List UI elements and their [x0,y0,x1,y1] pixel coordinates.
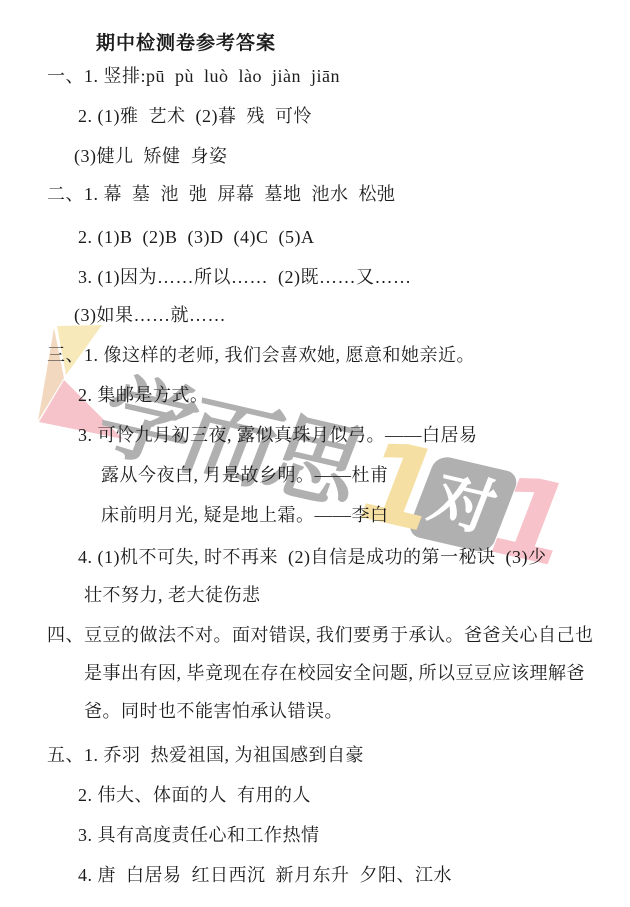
answer-line: 3. 具有高度责任心和工作热情 [78,824,320,846]
answer-line: 2. 集邮是方式。 [78,384,209,406]
answer-line: 五、1. 乔羽 热爱祖国, 为祖国感到自豪 [47,744,364,766]
answer-line: 2. (1)B (2)B (3)D (4)C (5)A [78,226,314,248]
answer-line: 2. 伟大、体面的人 有用的人 [78,784,311,806]
answer-line: (3)健儿 矫健 身姿 [74,145,228,167]
answer-line: 爸。同时也不能害怕承认错误。 [84,700,343,722]
answer-line: 一、1. 竖排:pū pù luò lào jiàn jiān [47,65,340,87]
answer-line: 四、豆豆的做法不对。面对错误, 我们要勇于承认。爸爸关心自己也 [47,624,594,646]
answer-line: 2. (1)雅 艺术 (2)暮 残 可怜 [78,105,312,127]
answer-line: 露从今夜白, 月是故乡明。——杜甫 [101,464,389,486]
answer-line: 是事出有因, 毕竟现在存在校园安全问题, 所以豆豆应该理解爸 [84,662,585,684]
page-title: 期中检测卷参考答案 [96,28,276,55]
answer-line: 3. (1)因为……所以…… (2)既……又…… [78,266,411,288]
answer-content: 期中检测卷参考答案 一、1. 竖排:pū pù luò lào jiàn jiā… [0,0,630,907]
answer-line: (3)如果……就…… [74,304,226,326]
answer-line: 床前明月光, 疑是地上霜。——李白 [101,504,389,526]
answer-line: 三、1. 像这样的老师, 我们会喜欢她, 愿意和她亲近。 [47,344,475,366]
answer-line: 二、1. 幕 墓 池 弛 屏幕 墓地 池水 松弛 [47,183,396,205]
answer-sheet-page: 学而思 1 对 1 期中检测卷参考答案 一、1. 竖排:pū pù luò là… [0,0,630,907]
answer-line: 3. 可怜九月初三夜, 露似真珠月似弓。——白居易 [78,424,478,446]
answer-line: 4. (1)机不可失, 时不再来 (2)自信是成功的第一秘诀 (3)少 [78,546,546,568]
answer-line: 4. 唐 白居易 红日西沉 新月东升 夕阳、江水 [78,864,452,886]
answer-line: 壮不努力, 老大徒伤悲 [84,584,261,606]
